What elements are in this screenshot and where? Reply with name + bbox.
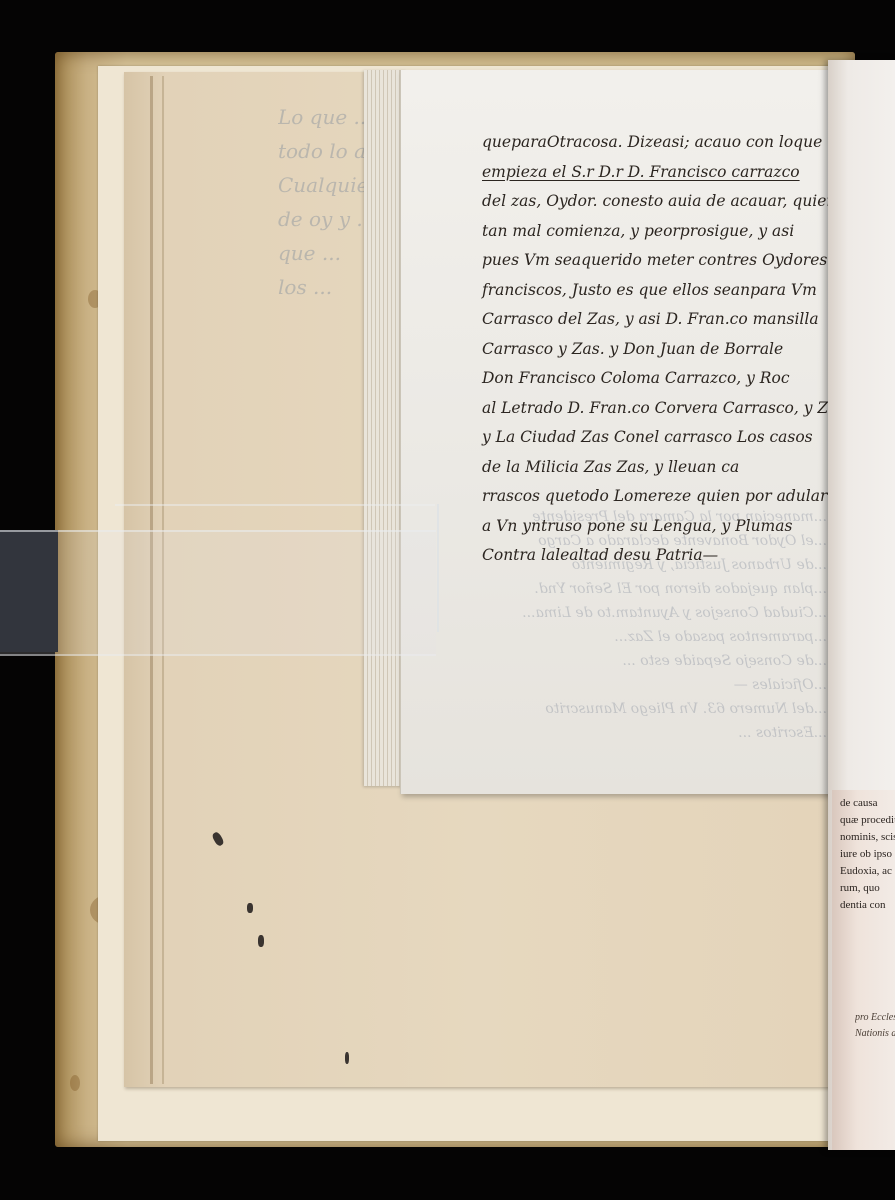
ms-line: queparaOtracosa. Dizeasi; acauo con loqu… [482, 128, 832, 158]
ms-line: Contra lalealtad desu Patria— [482, 541, 832, 571]
ms-line: pues Vm seaquerido meter contres Oydores [482, 246, 832, 276]
ms-line: a Vn yntruso pone su Lengua, y Plumas [482, 512, 832, 542]
ms-line: del zas, Oydor. conesto auia de acauar, … [482, 187, 832, 217]
ms-line: empieza el S.r D.r D. Francisco carrazco [482, 158, 832, 188]
strap-end [431, 504, 439, 632]
strap-fold [115, 504, 435, 506]
ms-line: franciscos, Justo es que ellos seanpara … [482, 276, 832, 306]
ms-line: y La Ciudad Zas Conel carrasco Los casos [482, 423, 832, 453]
ink-blot [345, 1052, 349, 1064]
printed-latin-text-lower: pro Ecclesia Nationis a [855, 1010, 895, 1042]
stain [70, 1075, 80, 1091]
ms-line: Don Francisco Coloma Carrazco, y Roc [482, 364, 832, 394]
ms-line: de la Milicia Zas Zas, y lleuan ca [482, 453, 832, 483]
ms-line: rrascos quetodo Lomereze quien por adula… [482, 482, 832, 512]
ms-line: Carrasco y Zas. y Don Juan de Borrale [482, 335, 832, 365]
plastic-strap [0, 530, 436, 656]
ink-blot [258, 935, 264, 947]
ms-line: al Letrado D. Fran.co Corvera Carrasco, … [482, 394, 832, 424]
ink-blot [247, 903, 253, 913]
ms-line: Carrasco del Zas, y asi D. Fran.co mansi… [482, 305, 832, 335]
ms-line: tan mal comienza, y peorprosigue, y asi [482, 217, 832, 247]
printed-latin-text: de causa quæ procedit nominis, scis iure… [840, 795, 895, 914]
manuscript-handwritten-text: queparaOtracosa. Dizeasi; acauo con loqu… [482, 128, 832, 571]
